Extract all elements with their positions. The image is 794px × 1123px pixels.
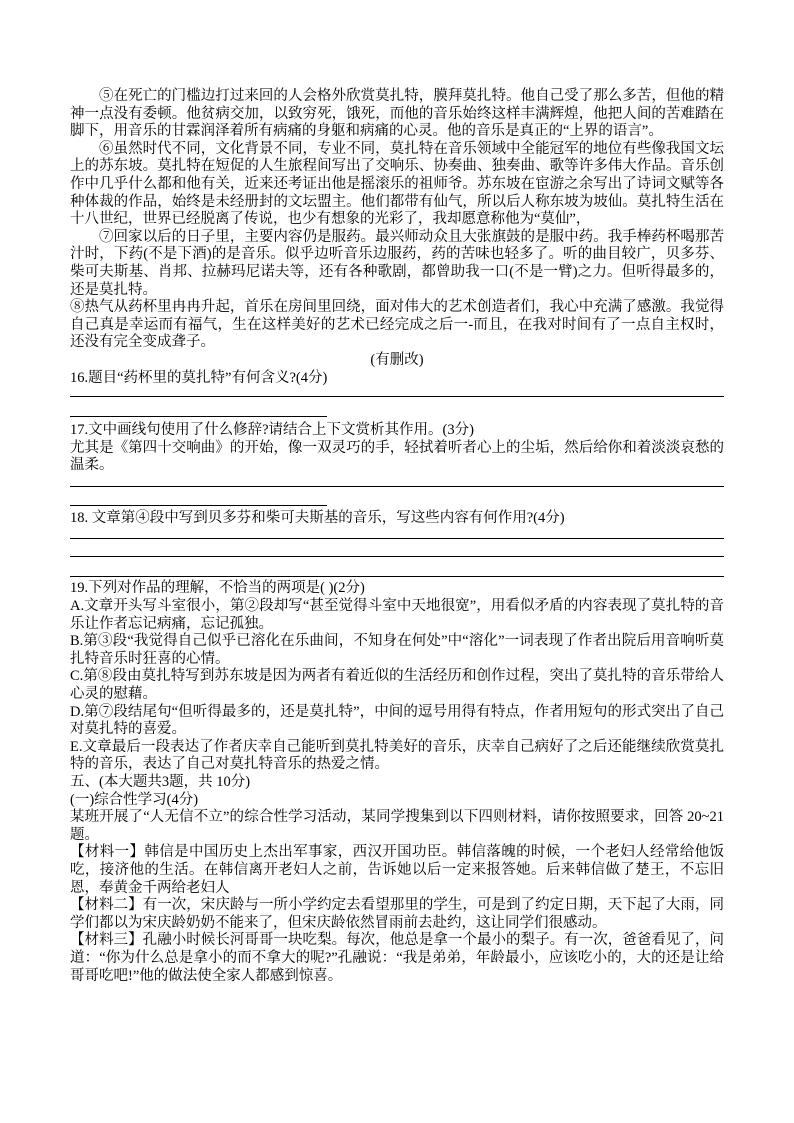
question-17-text: 17.文中画线句使用了什么修辞?请结合上下文赏析其作用。(3分) xyxy=(70,422,724,440)
exam-page: ⑤在死亡的门槛边打过来回的人会格外欣赏莫扎特，膜拜莫扎特。他自己受了那么多苦，但… xyxy=(0,0,794,1123)
passage-paragraph-5: ⑤在死亡的门槛边打过来回的人会格外欣赏莫扎特，膜拜莫扎特。他自己受了那么多苦，但… xyxy=(70,88,724,141)
question-19-text: 19.下列对作品的理解，不恰当的两项是( )(2分) xyxy=(70,580,724,598)
question-19-option-e: E.文章最后一段表达了作者庆幸自己能听到莫扎特美好的音乐，庆幸自己病好了之后还能… xyxy=(70,739,724,774)
passage-paragraph-6: ⑥虽然时代不同，文化背景不同，专业不同，莫扎特在音乐领域中全能冠军的地位有些像我… xyxy=(70,141,724,229)
answer-line-q17-1 xyxy=(70,486,724,487)
material-1-text: 【材料一】韩信是中国历史上杰出军事家，西汉开国功臣。韩信落魄的时候，一个老妇人经… xyxy=(70,844,724,897)
section-5-part-1-heading: (一)综合性学习(4分) xyxy=(70,792,724,810)
passage-paragraph-8: ⑧热气从药杯里冉冉升起，首乐在房间里回绕，面对伟大的艺术创造者们，我心中充满了感… xyxy=(70,299,724,352)
answer-line-q17-2 xyxy=(70,505,327,506)
material-3-text: 【材料三】孔融小时候长河哥哥一块吃梨。每次，他总是拿一个最小的梨子。有一次，爸爸… xyxy=(70,932,724,985)
question-19-option-d: D.第⑦段结尾句“但听得最多的，还是莫扎特”，中间的逗号用得有特点，作者用短句的… xyxy=(70,704,724,739)
question-17-quote: 尤其是《第四十交响曲》的开始，像一双灵巧的手，轻拭着听者心上的尘垢，然后给你和着… xyxy=(70,440,724,475)
answer-line-q16-2 xyxy=(70,416,327,417)
answer-line-q18-3 xyxy=(70,576,724,577)
material-2-text: 【材料二】有一次，宋庆龄与一所小学约定去看望那里的学生，可是到了约定日期，天下起… xyxy=(70,897,724,932)
passage-paragraph-7: ⑦回家以后的日子里，主要内容仍是服药。最兴师动众且大张旗鼓的是服中药。我手棒药杯… xyxy=(70,229,724,299)
answer-line-q18-2 xyxy=(70,556,724,557)
question-19-option-c: C.第⑧段由莫扎特写到苏东坡是因为两者有着近似的生活经历和创作过程，突出了莫扎特… xyxy=(70,668,724,703)
section-5-heading: 五、(本大题共3题，共 10分) xyxy=(70,774,724,792)
answer-line-q16-1 xyxy=(70,396,724,397)
passage-source-note: (有删改) xyxy=(70,352,724,370)
question-18-text: 18. 文章第④段中写到贝多芬和柴可夫斯基的音乐，写这些内容有何作用?(4分) xyxy=(70,510,724,528)
answer-line-q18-1 xyxy=(70,538,724,539)
question-16-text: 16.题目“药杯里的莫扎特”有何含义?(4分) xyxy=(70,370,724,388)
question-19-option-a: A.文章开头写斗室很小，第②段却写“甚至觉得斗室中天地很宽”，用看似矛盾的内容表… xyxy=(70,598,724,633)
question-19-option-b: B.第③段“我觉得自己似乎已溶化在乐曲间，不知身在何处”中“溶化”一词表现了作者… xyxy=(70,633,724,668)
section-5-intro: 某班开展了“人无信不立”的综合性学习活动，某同学搜集到以下四则材料，请你按照要求… xyxy=(70,809,724,844)
